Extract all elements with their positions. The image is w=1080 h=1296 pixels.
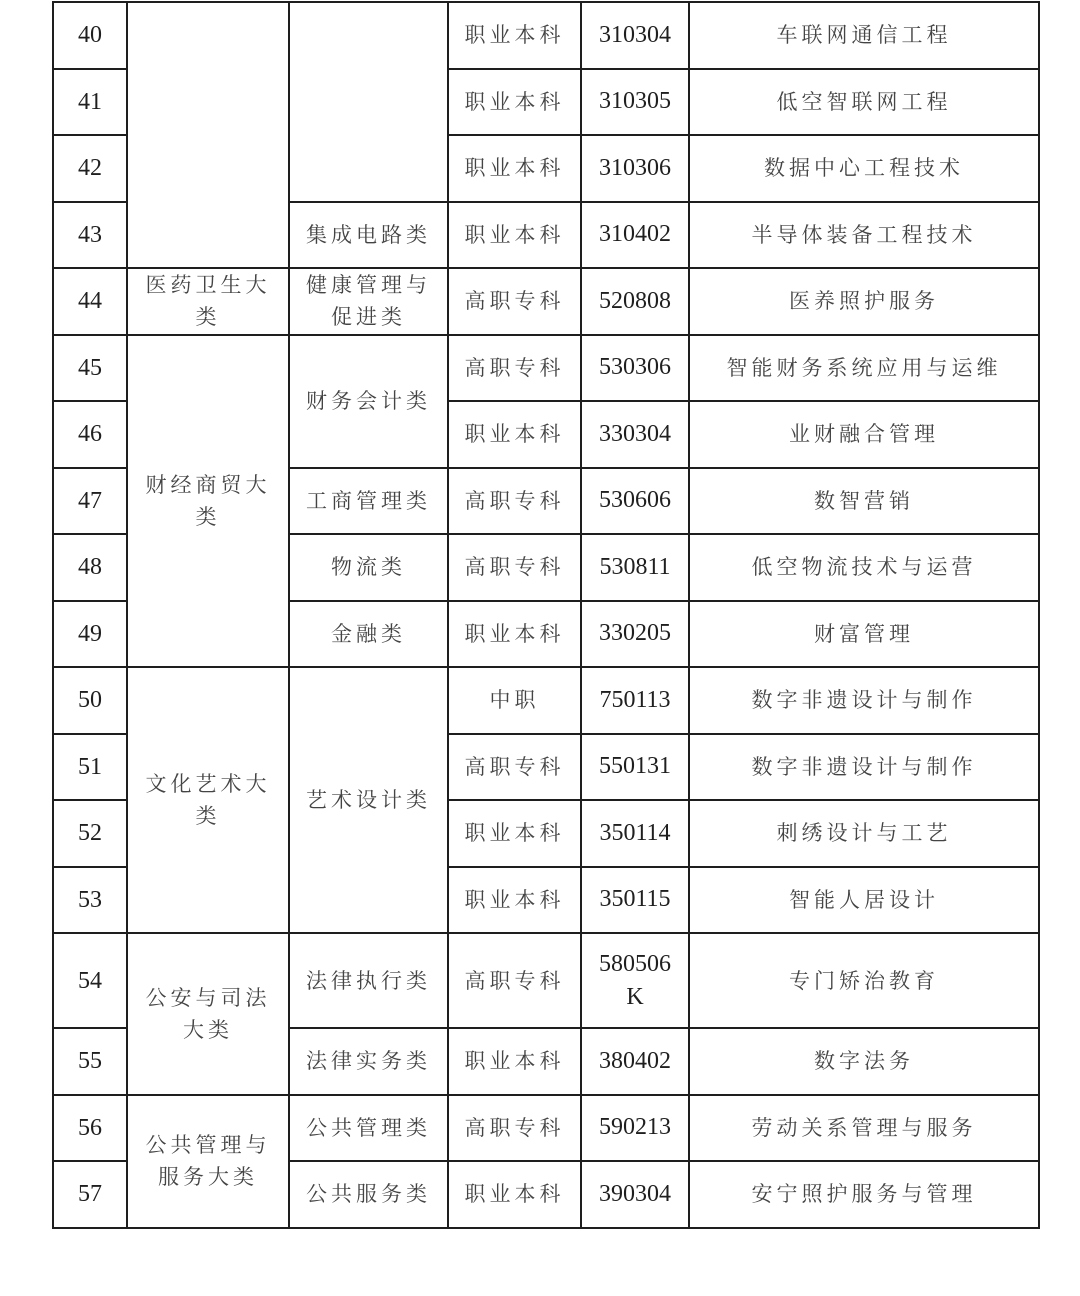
level-cell: 高职专科: [448, 1095, 581, 1162]
row-number: 48: [53, 534, 127, 601]
major-name-cell: 低空智联网工程: [689, 69, 1039, 136]
major-name-cell: 专门矫治教育: [689, 933, 1039, 1028]
category-cell: 法律实务类: [289, 1028, 448, 1095]
major-name-cell: 车联网通信工程: [689, 2, 1039, 69]
table-row: 54 公安与司法大类 法律执行类 高职专科 580506 K 专门矫治教育: [53, 933, 1039, 1028]
level-cell: 职业本科: [448, 1028, 581, 1095]
major-name-cell: 劳动关系管理与服务: [689, 1095, 1039, 1162]
row-number: 52: [53, 800, 127, 867]
row-number: 54: [53, 933, 127, 1028]
level-cell: 高职专科: [448, 335, 581, 402]
major-name-cell: 数字非遗设计与制作: [689, 667, 1039, 734]
major-code-cell: 350114: [581, 800, 689, 867]
major-code-cell: 350115: [581, 867, 689, 934]
major-name-cell: 安宁照护服务与管理: [689, 1161, 1039, 1228]
major-code-cell: 310402: [581, 202, 689, 269]
table-row: 50 文化艺术大类 艺术设计类 中职 750113 数字非遗设计与制作: [53, 667, 1039, 734]
major-category-cell: 公共管理与服务大类: [127, 1095, 289, 1228]
category-cell: 公共管理类: [289, 1095, 448, 1162]
major-code-line-1: 580506: [582, 948, 688, 981]
level-cell: 高职专科: [448, 734, 581, 801]
major-name-cell: 数智营销: [689, 468, 1039, 535]
level-cell: 职业本科: [448, 601, 581, 668]
row-number: 53: [53, 867, 127, 934]
category-cell: 艺术设计类: [289, 667, 448, 933]
level-cell: 高职专科: [448, 534, 581, 601]
major-code-cell: 550131: [581, 734, 689, 801]
major-code-cell: 580506 K: [581, 933, 689, 1028]
major-code-cell: 520808: [581, 268, 689, 335]
major-name-cell: 半导体装备工程技术: [689, 202, 1039, 269]
major-category-cell: 文化艺术大类: [127, 667, 289, 933]
major-code-cell: 310304: [581, 2, 689, 69]
table-row: 45 财经商贸大类 财务会计类 高职专科 530306 智能财务系统应用与运维: [53, 335, 1039, 402]
category-cell-empty: [289, 2, 448, 202]
level-cell: 中职: [448, 667, 581, 734]
major-category-label: 公共管理与服务大类: [143, 1129, 273, 1193]
row-number: 40: [53, 2, 127, 69]
major-code-line-2: K: [582, 981, 688, 1014]
level-cell: 职业本科: [448, 401, 581, 468]
major-code-cell: 330304: [581, 401, 689, 468]
major-code-cell: 310306: [581, 135, 689, 202]
major-code-cell: 390304: [581, 1161, 689, 1228]
level-cell: 职业本科: [448, 2, 581, 69]
major-code-cell: 380402: [581, 1028, 689, 1095]
major-code-cell: 310305: [581, 69, 689, 136]
major-name-cell: 数字法务: [689, 1028, 1039, 1095]
category-cell: 集成电路类: [289, 202, 448, 269]
level-cell: 职业本科: [448, 202, 581, 269]
major-category-cell-empty: [127, 2, 289, 268]
level-cell: 职业本科: [448, 1161, 581, 1228]
level-cell: 高职专科: [448, 468, 581, 535]
major-code-cell: 330205: [581, 601, 689, 668]
row-number: 44: [53, 268, 127, 335]
major-catalog-table-container: 40 职业本科 310304 车联网通信工程 41 职业本科 310305 低空…: [52, 1, 1038, 1229]
table-row: 40 职业本科 310304 车联网通信工程: [53, 2, 1039, 69]
major-name-cell: 刺绣设计与工艺: [689, 800, 1039, 867]
row-number: 57: [53, 1161, 127, 1228]
major-name-cell: 数据中心工程技术: [689, 135, 1039, 202]
row-number: 42: [53, 135, 127, 202]
major-category-label: 医药卫生大类: [143, 269, 273, 333]
row-number: 51: [53, 734, 127, 801]
table-row: 56 公共管理与服务大类 公共管理类 高职专科 590213 劳动关系管理与服务: [53, 1095, 1039, 1162]
major-code-cell: 530606: [581, 468, 689, 535]
major-name-cell: 低空物流技术与运营: [689, 534, 1039, 601]
major-name-cell: 数字非遗设计与制作: [689, 734, 1039, 801]
row-number: 43: [53, 202, 127, 269]
row-number: 55: [53, 1028, 127, 1095]
level-cell: 高职专科: [448, 268, 581, 335]
row-number: 56: [53, 1095, 127, 1162]
level-cell: 职业本科: [448, 800, 581, 867]
category-cell: 物流类: [289, 534, 448, 601]
major-name-cell: 医养照护服务: [689, 268, 1039, 335]
category-cell: 财务会计类: [289, 335, 448, 468]
major-category-cell: 公安与司法大类: [127, 933, 289, 1095]
major-name-cell: 智能人居设计: [689, 867, 1039, 934]
category-cell: 工商管理类: [289, 468, 448, 535]
major-code-cell: 590213: [581, 1095, 689, 1162]
major-code-cell: 530306: [581, 335, 689, 402]
level-cell: 职业本科: [448, 135, 581, 202]
major-category-cell: 医药卫生大类: [127, 268, 289, 335]
category-cell: 法律执行类: [289, 933, 448, 1028]
category-cell: 金融类: [289, 601, 448, 668]
table-row: 44 医药卫生大类 健康管理与促进类 高职专科 520808 医养照护服务: [53, 268, 1039, 335]
level-cell: 职业本科: [448, 867, 581, 934]
category-cell: 健康管理与促进类: [289, 268, 448, 335]
major-code-cell: 530811: [581, 534, 689, 601]
major-catalog-table: 40 职业本科 310304 车联网通信工程 41 职业本科 310305 低空…: [52, 1, 1040, 1229]
major-name-cell: 业财融合管理: [689, 401, 1039, 468]
row-number: 45: [53, 335, 127, 402]
level-cell: 职业本科: [448, 69, 581, 136]
major-code-cell: 750113: [581, 667, 689, 734]
row-number: 49: [53, 601, 127, 668]
category-label: 健康管理与促进类: [304, 269, 434, 333]
major-category-label: 文化艺术大类: [143, 768, 273, 832]
major-name-cell: 智能财务系统应用与运维: [689, 335, 1039, 402]
row-number: 46: [53, 401, 127, 468]
row-number: 41: [53, 69, 127, 136]
row-number: 47: [53, 468, 127, 535]
major-category-cell: 财经商贸大类: [127, 335, 289, 668]
row-number: 50: [53, 667, 127, 734]
level-cell: 高职专科: [448, 933, 581, 1028]
major-name-cell: 财富管理: [689, 601, 1039, 668]
category-cell: 公共服务类: [289, 1161, 448, 1228]
major-category-label: 财经商贸大类: [143, 469, 273, 533]
major-category-label: 公安与司法大类: [143, 982, 273, 1046]
